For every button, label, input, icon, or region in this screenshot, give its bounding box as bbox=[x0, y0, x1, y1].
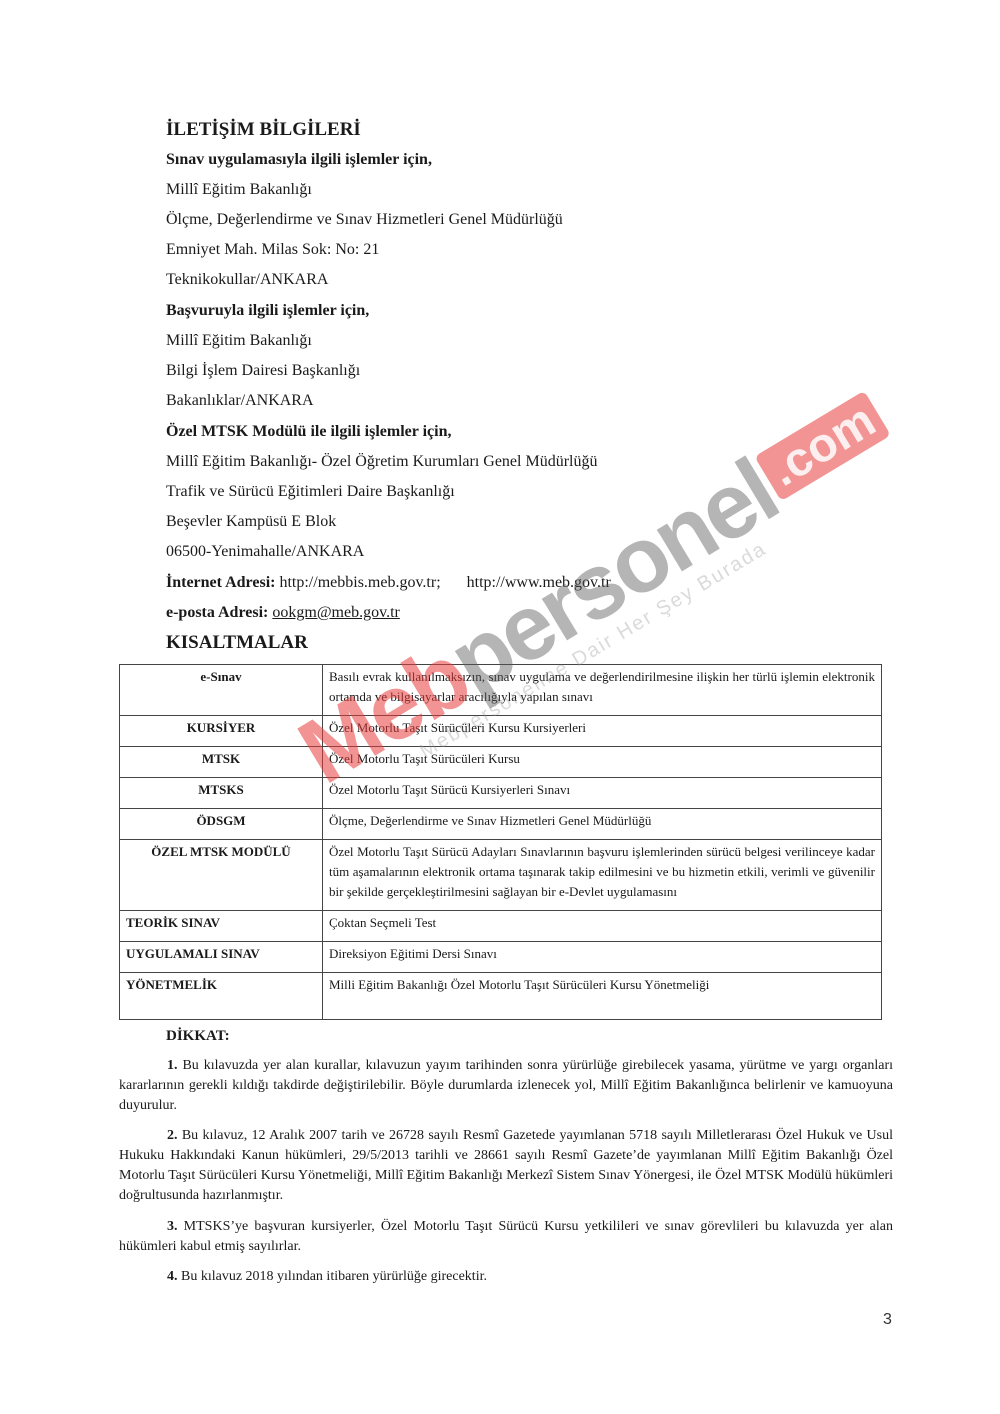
notice-item-text: Bu kılavuz, 12 Aralık 2007 tarih ve 2672… bbox=[119, 1128, 893, 1203]
module-address-line: 06500-Yenimahalle/ANKARA bbox=[166, 542, 364, 562]
abbr-value: Özel Motorlu Taşıt Sürücüleri Kursu bbox=[323, 747, 882, 778]
abbr-key: UYGULAMALI SINAV bbox=[120, 942, 323, 973]
abbr-key: e-Sınav bbox=[120, 665, 323, 716]
abbr-key: ÖDSGM bbox=[120, 809, 323, 840]
notice-item-text: MTSKS’ye başvuran kursiyerler, Özel Moto… bbox=[119, 1219, 893, 1254]
abbreviations-table: e-Sınav Basılı evrak kullanılmaksızın, s… bbox=[119, 664, 882, 1020]
table-row: ÖDSGM Ölçme, Değerlendirme ve Sınav Hizm… bbox=[120, 809, 882, 840]
notice-item: 4. Bu kılavuz 2018 yılından itibaren yür… bbox=[119, 1267, 893, 1287]
notice-item: 1. Bu kılavuzda yer alan kurallar, kılav… bbox=[119, 1056, 893, 1116]
email-link[interactable]: ookgm@meb.gov.tr bbox=[272, 604, 399, 621]
table-row: UYGULAMALI SINAV Direksiyon Eğitimi Ders… bbox=[120, 942, 882, 973]
application-address-line: Bakanlıklar/ANKARA bbox=[166, 391, 314, 411]
abbr-value: Basılı evrak kullanılmaksızın, sınav uyg… bbox=[323, 665, 882, 716]
notice-heading: DİKKAT: bbox=[166, 1026, 230, 1046]
notice-item-number: 4. bbox=[167, 1269, 178, 1284]
email-row: e-posta Adresi: ookgm@meb.gov.tr bbox=[166, 603, 400, 623]
abbr-key: ÖZEL MTSK MODÜLÜ bbox=[120, 840, 323, 911]
exam-section-title: Sınav uygulamasıyla ilgili işlemler için… bbox=[166, 150, 432, 170]
exam-address-line: Emniyet Mah. Milas Sok: No: 21 bbox=[166, 240, 379, 260]
application-section-title: Başvuruyla ilgili işlemler için, bbox=[166, 301, 369, 321]
meb-link[interactable]: http://www.meb.gov.tr bbox=[467, 574, 611, 591]
notice-item: 2. Bu kılavuz, 12 Aralık 2007 tarih ve 2… bbox=[119, 1126, 893, 1206]
abbr-value: Özel Motorlu Taşıt Sürücü Kursiyerleri S… bbox=[323, 778, 882, 809]
notice-item-number: 2. bbox=[167, 1128, 178, 1143]
notice-item-text: Bu kılavuz 2018 yılından itibaren yürürl… bbox=[181, 1269, 487, 1284]
module-address-line: Millî Eğitim Bakanlığı- Özel Öğretim Kur… bbox=[166, 452, 597, 472]
abbr-key: TEORİK SINAV bbox=[120, 911, 323, 942]
abbr-value: Özel Motorlu Taşıt Sürücüleri Kursu Kurs… bbox=[323, 716, 882, 747]
notice-item: 3. MTSKS’ye başvuran kursiyerler, Özel M… bbox=[119, 1217, 893, 1257]
mebbis-link[interactable]: http://mebbis.meb.gov.tr; bbox=[279, 574, 440, 591]
contact-heading: İLETİŞİM BİLGİLERİ bbox=[166, 120, 361, 140]
abbr-value: Ölçme, Değerlendirme ve Sınav Hizmetleri… bbox=[323, 809, 882, 840]
notice-item-number: 3. bbox=[167, 1219, 178, 1234]
module-section-title: Özel MTSK Modülü ile ilgili işlemler içi… bbox=[166, 422, 451, 442]
abbr-value: Milli Eğitim Bakanlığı Özel Motorlu Taşı… bbox=[323, 973, 882, 1020]
module-address-line: Trafik ve Sürücü Eğitimleri Daire Başkan… bbox=[166, 482, 455, 502]
abbr-key: MTSKS bbox=[120, 778, 323, 809]
table-row: ÖZEL MTSK MODÜLÜ Özel Motorlu Taşıt Sürü… bbox=[120, 840, 882, 911]
table-row: YÖNETMELİK Milli Eğitim Bakanlığı Özel M… bbox=[120, 973, 882, 1020]
notice-item-number: 1. bbox=[167, 1058, 178, 1073]
abbr-value: Direksiyon Eğitimi Dersi Sınavı bbox=[323, 942, 882, 973]
application-address-line: Bilgi İşlem Dairesi Başkanlığı bbox=[166, 361, 360, 381]
abbr-key: KURSİYER bbox=[120, 716, 323, 747]
page-number: 3 bbox=[883, 1311, 892, 1329]
watermark-com-badge: .com bbox=[755, 390, 892, 501]
table-row: MTSK Özel Motorlu Taşıt Sürücüleri Kursu bbox=[120, 747, 882, 778]
abbr-key: MTSK bbox=[120, 747, 323, 778]
abbreviations-heading: KISALTMALAR bbox=[166, 633, 308, 653]
table-row: MTSKS Özel Motorlu Taşıt Sürücü Kursiyer… bbox=[120, 778, 882, 809]
abbr-value: Özel Motorlu Taşıt Sürücü Adayları Sınav… bbox=[323, 840, 882, 911]
abbr-value: Çoktan Seçmeli Test bbox=[323, 911, 882, 942]
table-row: e-Sınav Basılı evrak kullanılmaksızın, s… bbox=[120, 665, 882, 716]
internet-address-row: İnternet Adresi: http://mebbis.meb.gov.t… bbox=[166, 573, 611, 593]
application-address-line: Millî Eğitim Bakanlığı bbox=[166, 331, 312, 351]
exam-address-line: Ölçme, Değerlendirme ve Sınav Hizmetleri… bbox=[166, 210, 563, 230]
notice-item-text: Bu kılavuzda yer alan kurallar, kılavuzu… bbox=[119, 1058, 893, 1113]
table-row: TEORİK SINAV Çoktan Seçmeli Test bbox=[120, 911, 882, 942]
module-address-line: Beşevler Kampüsü E Blok bbox=[166, 512, 336, 532]
email-label: e-posta Adresi: bbox=[166, 604, 268, 621]
exam-address-line: Teknikokullar/ANKARA bbox=[166, 270, 328, 290]
internet-address-label: İnternet Adresi: bbox=[166, 574, 275, 591]
abbr-key: YÖNETMELİK bbox=[120, 973, 323, 1020]
table-row: KURSİYER Özel Motorlu Taşıt Sürücüleri K… bbox=[120, 716, 882, 747]
exam-address-line: Millî Eğitim Bakanlığı bbox=[166, 180, 312, 200]
